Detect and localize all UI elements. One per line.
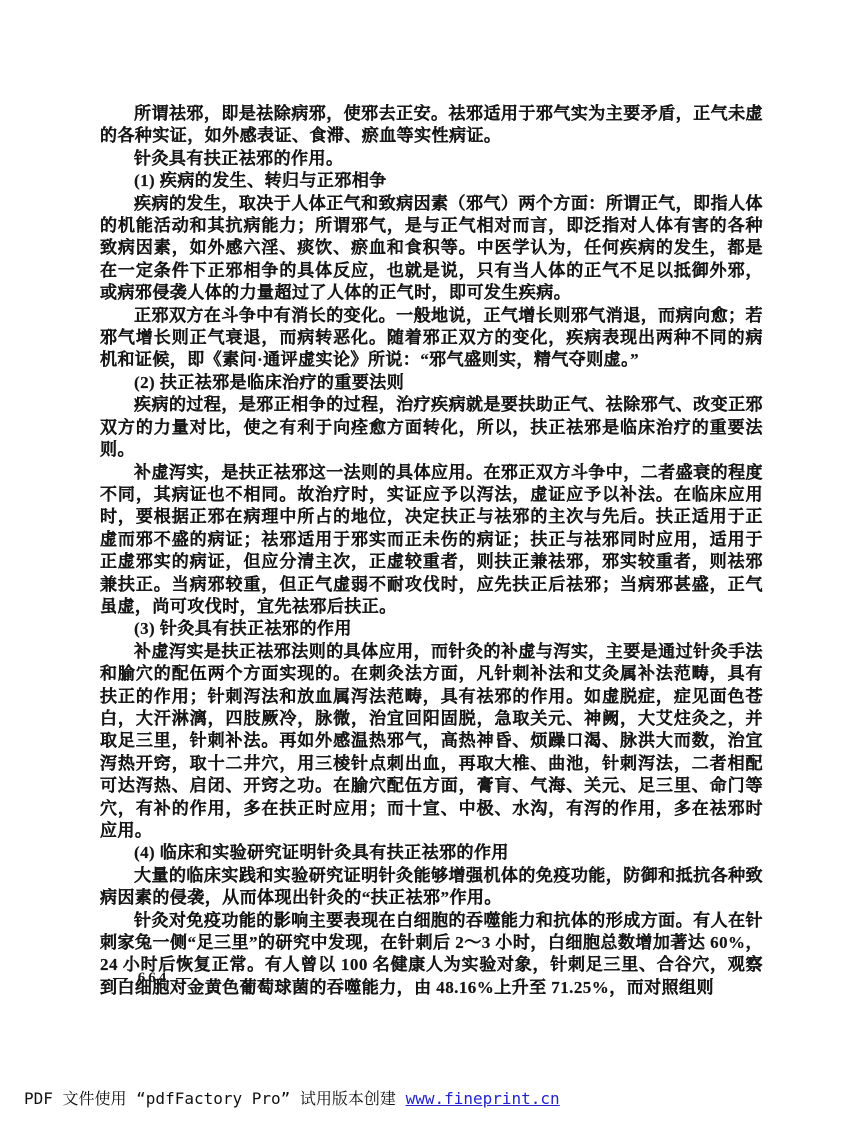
section-heading: (2) 扶正祛邪是临床治疗的重要法则	[100, 372, 763, 394]
body-text: 所谓祛邪，即是祛除病邪，使邪去正安。祛邪适用于邪气实为主要矛盾，正气未虚的各种实…	[100, 103, 763, 999]
fineprint-link[interactable]: www.fineprint.cn	[406, 1089, 560, 1108]
paragraph: 针灸对免疫功能的影响主要表现在白细胞的吞噬能力和抗体的形成方面。有人在针刺家兔一…	[100, 910, 763, 1000]
section-heading: (4) 临床和实验研究证明针灸具有扶正祛邪的作用	[100, 842, 763, 864]
paragraph: 正邪双方在斗争中有消长的变化。一般地说，正气增长则邪气消退，而病向愈；若邪气增长…	[100, 305, 763, 372]
page-number: — 664 —	[113, 970, 194, 987]
paragraph: 补虚泻实，是扶正祛邪这一法则的具体应用。在邪正双方斗争中，二者盛衰的程度不同，其…	[100, 462, 763, 619]
paragraph: 疾病的过程，是邪正相争的过程，治疗疾病就是要扶助正气、祛除邪气、改变正邪双方的力…	[100, 394, 763, 461]
section-heading: (3) 针灸具有扶正祛邪的作用	[100, 618, 763, 640]
pdf-trial-notice-text: PDF 文件使用 “pdfFactory Pro” 试用版本创建	[24, 1089, 406, 1108]
paragraph: 补虚泻实是扶正祛邪法则的具体应用，而针灸的补虚与泻实，主要是通过针灸手法和腧穴的…	[100, 641, 763, 843]
paragraph: 疾病的发生，取决于人体正气和致病因素（邪气）两个方面：所谓正气，即指人体的机能活…	[100, 193, 763, 305]
paragraph: 大量的临床实践和实验研究证明针灸能够增强机体的免疫功能，防御和抵抗各种致病因素的…	[100, 865, 763, 910]
document-page: 所谓祛邪，即是祛除病邪，使邪去正安。祛邪适用于邪气实为主要矛盾，正气未虚的各种实…	[0, 0, 866, 1122]
pdf-trial-notice: PDF 文件使用 “pdfFactory Pro” 试用版本创建 www.fin…	[24, 1086, 560, 1109]
section-heading: (1) 疾病的发生、转归与正邪相争	[100, 170, 763, 192]
paragraph: 针灸具有扶正祛邪的作用。	[100, 148, 763, 170]
paragraph: 所谓祛邪，即是祛除病邪，使邪去正安。祛邪适用于邪气实为主要矛盾，正气未虚的各种实…	[100, 103, 763, 148]
